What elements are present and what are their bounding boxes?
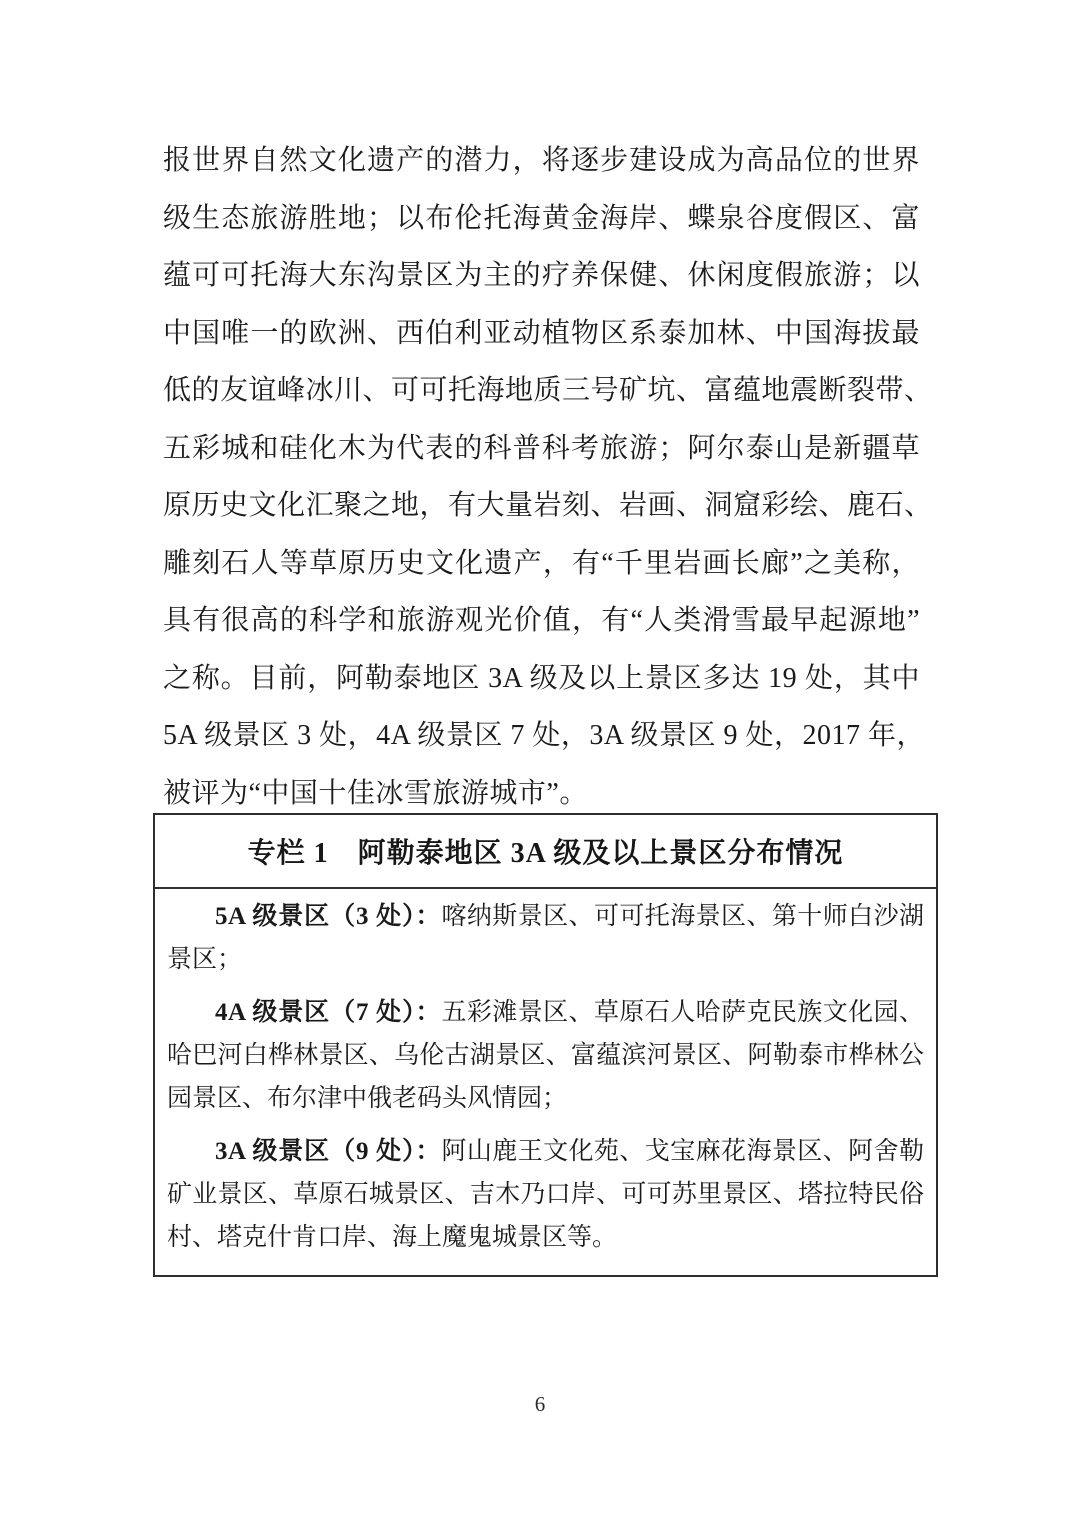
panel-paragraph-4a: 4A 级景区（7 处）：五彩滩景区、草原石人哈萨克民族文化园、 哈巴河白桦林景区… <box>167 991 924 1120</box>
panel-title: 专栏 1 阿勒泰地区 3A 级及以上景区分布情况 <box>248 831 844 871</box>
panel-line: 村、塔克什肯口岸、海上魔鬼城景区等。 <box>167 1216 924 1259</box>
panel-paragraph-lead: 5A 级景区（3 处）： <box>215 903 441 930</box>
body-line: 原历史文化汇聚之地，有大量岩刻、岩画、洞窟彩绘、鹿石、 <box>163 477 920 535</box>
body-line: 低的友谊峰冰川、可可托海地质三号矿坑、富蕴地震断裂带、 <box>163 362 920 420</box>
body-line: 五彩城和硅化木为代表的科普科考旅游；阿尔泰山是新疆草 <box>163 420 920 478</box>
panel-line: 景区； <box>167 938 924 981</box>
page-number: 6 <box>0 1392 1080 1417</box>
panel-line: 3A 级景区（9 处）：阿山鹿王文化苑、戈宝麻花海景区、阿舍勒 <box>167 1130 924 1173</box>
panel-line: 5A 级景区（3 处）：喀纳斯景区、可可托海景区、第十师白沙湖 <box>167 895 924 938</box>
panel-line: 哈巴河白桦林景区、乌伦古湖景区、富蕴滨河景区、阿勒泰市桦林公 <box>167 1034 924 1077</box>
panel-line: 4A 级景区（7 处）：五彩滩景区、草原石人哈萨克民族文化园、 <box>167 991 924 1034</box>
panel-line-text: 五彩滩景区、草原石人哈萨克民族文化园、 <box>441 999 924 1026</box>
panel-header: 专栏 1 阿勒泰地区 3A 级及以上景区分布情况 <box>155 815 936 889</box>
column-1-panel: 专栏 1 阿勒泰地区 3A 级及以上景区分布情况 5A 级景区（3 处）：喀纳斯… <box>153 813 938 1277</box>
body-line: 雕刻石人等草原历史文化遗产，有“千里岩画长廊”之美称， <box>163 535 920 593</box>
body-line: 报世界自然文化遗产的潜力，将逐步建设成为高品位的世界 <box>163 132 920 190</box>
panel-line: 矿业景区、草原石城景区、吉木乃口岸、可可苏里景区、塔拉特民俗 <box>167 1173 924 1216</box>
body-line: 蕴可可托海大东沟景区为主的疗养保健、休闲度假旅游；以 <box>163 247 920 305</box>
panel-paragraph-lead: 4A 级景区（7 处）： <box>215 999 441 1026</box>
body-line: 具有很高的科学和旅游观光价值，有“人类滑雪最早起源地” <box>163 592 920 650</box>
panel-line: 园景区、布尔津中俄老码头风情园； <box>167 1077 924 1120</box>
panel-line-text: 阿山鹿王文化苑、戈宝麻花海景区、阿舍勒 <box>441 1138 924 1165</box>
panel-paragraph-3a: 3A 级景区（9 处）：阿山鹿王文化苑、戈宝麻花海景区、阿舍勒 矿业景区、草原石… <box>167 1130 924 1259</box>
panel-body: 5A 级景区（3 处）：喀纳斯景区、可可托海景区、第十师白沙湖 景区； 4A 级… <box>155 889 936 1259</box>
body-line: 之称。目前，阿勒泰地区 3A 级及以上景区多达 19 处，其中 <box>163 650 920 708</box>
body-line: 5A 级景区 3 处，4A 级景区 7 处，3A 级景区 9 处，2017 年， <box>163 707 920 765</box>
panel-paragraph-5a: 5A 级景区（3 处）：喀纳斯景区、可可托海景区、第十师白沙湖 景区； <box>167 895 924 981</box>
panel-line-text: 喀纳斯景区、可可托海景区、第十师白沙湖 <box>441 903 924 930</box>
body-line: 中国唯一的欧洲、西伯利亚动植物区系泰加林、中国海拔最 <box>163 305 920 363</box>
document-page: 报世界自然文化遗产的潜力，将逐步建设成为高品位的世界 级生态旅游胜地；以布伦托海… <box>0 0 1080 1528</box>
body-text-block: 报世界自然文化遗产的潜力，将逐步建设成为高品位的世界 级生态旅游胜地；以布伦托海… <box>163 132 920 822</box>
panel-paragraph-lead: 3A 级景区（9 处）： <box>215 1138 441 1165</box>
body-line: 级生态旅游胜地；以布伦托海黄金海岸、蝶泉谷度假区、富 <box>163 190 920 248</box>
